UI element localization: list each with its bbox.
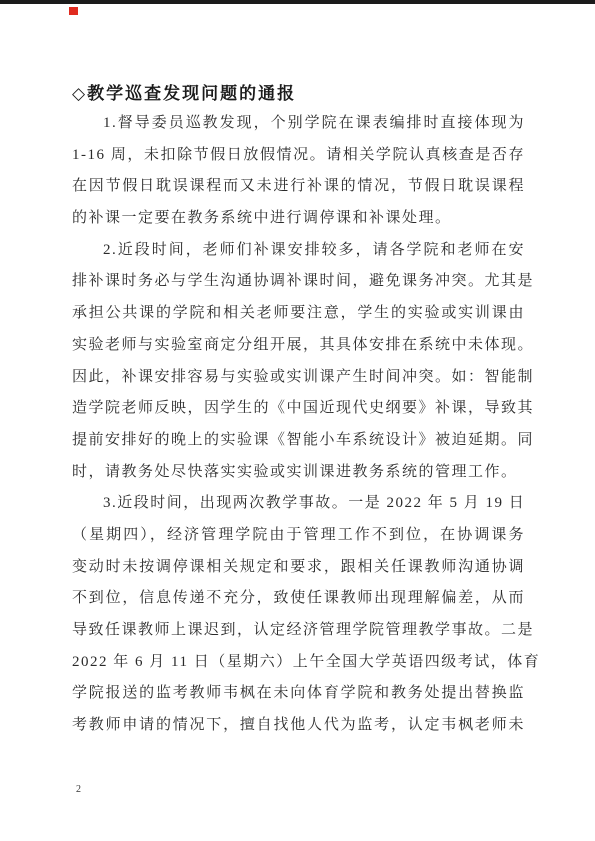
- text-line: 造学院老师反映，因学生的《中国近现代史纲要》补课，导致其: [72, 393, 525, 425]
- text-line: 时，请教务处尽快落实实验或实训课进教务系统的管理工作。: [72, 457, 525, 489]
- text-line: 1-16 周，未扣除节假日放假情况。请相关学院认真核查是否存: [72, 140, 525, 172]
- text-line: 提前安排好的晚上的实验课《智能小车系统设计》被迫延期。同: [72, 425, 525, 457]
- top-edge-bar: [0, 0, 595, 4]
- text-line: 因此，补课安排容易与实验或实训课产生时间冲突。如：智能制: [72, 362, 525, 394]
- text-line: 考教师申请的情况下，擅自找他人代为监考，认定韦枫老师未: [72, 710, 525, 742]
- text-line: 学院报送的监考教师韦枫在未向体育学院和教务处提出替换监: [72, 678, 525, 710]
- document-heading: ◇教学巡查发现问题的通报: [72, 80, 525, 108]
- text-line: 2.近段时间，老师们补课安排较多，请各学院和老师在安: [72, 235, 525, 267]
- text-line: 实验老师与实验室商定分组开展，其具体安排在系统中未体现。: [72, 330, 525, 362]
- text-line: 变动时未按调停课相关规定和要求，跟相关任课教师沟通协调: [72, 552, 525, 584]
- document-content: ◇教学巡查发现问题的通报 1.督导委员巡教发现，个别学院在课表编排时直接体现为1…: [72, 80, 525, 742]
- text-line: 在因节假日耽误课程而又未进行补课的情况，节假日耽误课程: [72, 171, 525, 203]
- body-text: 1.督导委员巡教发现，个别学院在课表编排时直接体现为1-16 周，未扣除节假日放…: [72, 108, 525, 742]
- text-line: （星期四），经济管理学院由于管理工作不到位，在协调课务: [72, 520, 525, 552]
- text-line: 导致任课教师上课迟到，认定经济管理学院管理教学事故。二是: [72, 615, 525, 647]
- text-line: 的补课一定要在教务系统中进行调停课和补课处理。: [72, 203, 525, 235]
- text-line: 排补课时务必与学生沟通协调补课时间，避免课务冲突。尤其是: [72, 266, 525, 298]
- text-line: 2022 年 6 月 11 日（星期六）上午全国大学英语四级考试，体育: [72, 647, 525, 679]
- text-line: 3.近段时间，出现两次教学事故。一是 2022 年 5 月 19 日: [72, 488, 525, 520]
- text-line: 1.督导委员巡教发现，个别学院在课表编排时直接体现为: [72, 108, 525, 140]
- page-number: 2: [76, 784, 81, 795]
- text-line: 不到位，信息传递不充分，致使任课教师出现理解偏差，从而: [72, 583, 525, 615]
- text-line: 承担公共课的学院和相关老师要注意，学生的实验或实训课由: [72, 298, 525, 330]
- red-marker: [69, 7, 78, 15]
